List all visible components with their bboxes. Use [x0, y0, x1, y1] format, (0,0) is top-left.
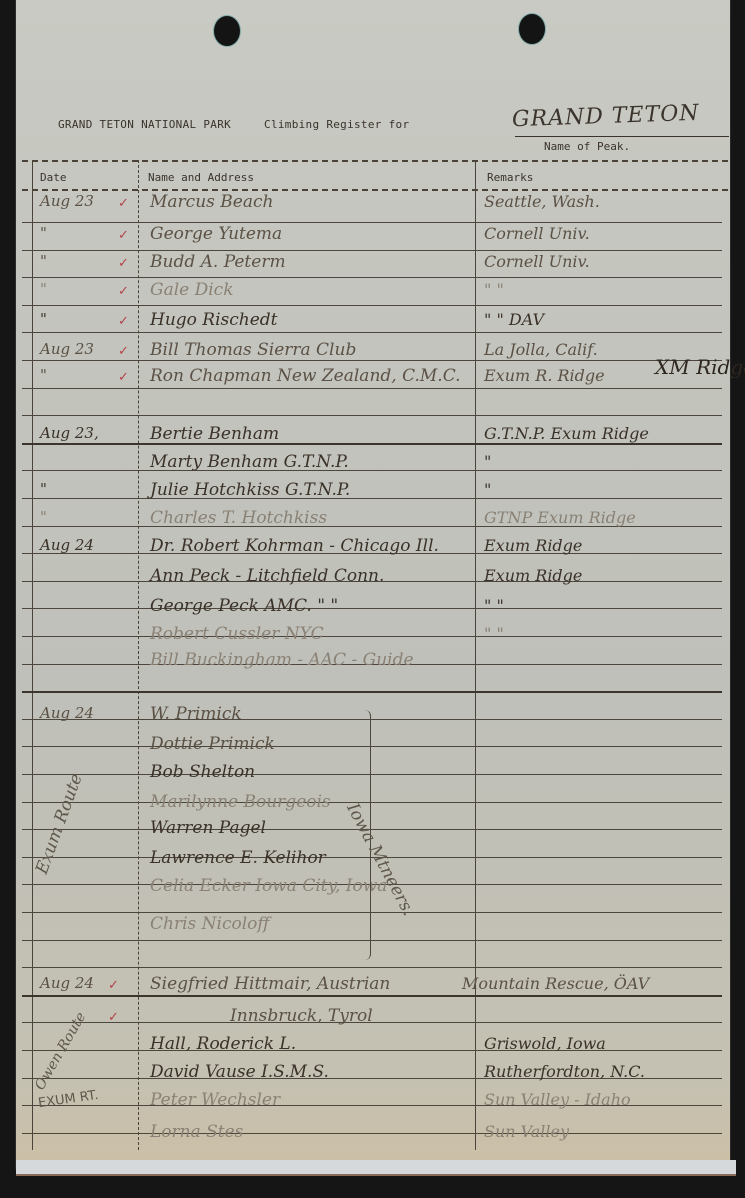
entry-name-address: Bill Thomas Sierra Club [150, 340, 356, 360]
entry-name-address: Dottie Primick [150, 734, 275, 754]
entry-name-address: Robert Cussler NYC [150, 624, 324, 644]
entry-remarks: Seattle, Wash. [484, 192, 600, 211]
entry-remarks: Cornell Univ. [484, 252, 590, 271]
entry-name-address: Bill Buckingham - AAC - Guide [150, 650, 414, 670]
park-name: GRAND TETON NATIONAL PARK [58, 118, 231, 131]
entry-remarks: Sun Valley [484, 1122, 569, 1141]
check-mark-icon: ✓ [108, 1010, 119, 1025]
entry-name-address: Celia Ecker Iowa City, Iowa [150, 876, 387, 896]
check-mark-icon: ✓ [118, 314, 129, 329]
column-divider [138, 160, 139, 1150]
entry-date: " [40, 224, 47, 242]
entry-name-address: Bob Shelton [150, 762, 255, 782]
entry-name-address: George Yutema [150, 224, 282, 244]
column-header-date: Date [40, 171, 67, 184]
ruled-line [22, 443, 722, 445]
ruled-line [22, 967, 722, 968]
entry-remarks: " " [484, 624, 504, 643]
entry-name-address: Peter Wechsler [150, 1090, 280, 1110]
ruled-line [22, 415, 722, 416]
entry-remarks: Exum Ridge [484, 566, 582, 585]
ruled-line [22, 746, 722, 747]
peak-underline [515, 136, 729, 137]
entry-remarks: Mountain Rescue, ÖAV [462, 974, 649, 993]
punch-hole-icon [519, 14, 545, 44]
entry-remarks: Griswold, Iowa [484, 1034, 606, 1053]
check-mark-icon: ✓ [118, 256, 129, 271]
entry-date: " [40, 280, 47, 298]
entry-name-address: Budd A. Peterm [150, 252, 286, 272]
entry-name-address: Innsbruck, Tyrol [230, 1006, 373, 1026]
ruled-line [22, 498, 722, 499]
check-mark-icon: ✓ [118, 228, 129, 243]
ruled-line [22, 388, 722, 389]
entry-remarks: GTNP Exum Ridge [484, 508, 636, 527]
column-divider [32, 160, 33, 1150]
check-mark-icon: ✓ [118, 196, 129, 211]
ruled-line [22, 995, 722, 997]
peak-caption: Name of Peak. [544, 140, 630, 153]
entry-name-address: Siegfried Hittmair, Austrian [150, 974, 390, 994]
entry-name-address: Lawrence E. Kelihor [150, 848, 326, 868]
entry-name-address: Lorna Stes [150, 1122, 243, 1142]
entry-remarks: La Jolla, Calif. [484, 340, 598, 359]
entry-date: " [40, 310, 47, 328]
ruled-line [22, 1133, 722, 1134]
entry-name-address: David Vause I.S.M.S. [150, 1062, 329, 1082]
entry-name-address: Julie Hotchkiss G.T.N.P. [150, 480, 350, 500]
entry-name-address: W. Primick [150, 704, 242, 724]
entry-remarks: Sun Valley - Idaho [484, 1090, 631, 1109]
entry-date: " [40, 480, 47, 498]
entry-name-address: Ann Peck - Litchfield Conn. [150, 566, 384, 586]
ruled-line [22, 719, 722, 720]
entry-date: Aug 23 [40, 192, 94, 210]
ruled-line [22, 1050, 722, 1051]
punch-hole-icon [214, 16, 240, 46]
entry-name-address: Warren Pagel [150, 818, 266, 838]
entry-remarks: " " [484, 280, 504, 299]
ruled-line [22, 332, 722, 333]
entry-name-address: Ron Chapman New Zealand, C.M.C. [150, 366, 461, 386]
entry-remarks: G.T.N.P. Exum Ridge [484, 424, 649, 443]
column-header-name: Name and Address [148, 171, 254, 184]
ruled-line [22, 774, 722, 775]
entry-name-address: Marty Benham G.T.N.P. [150, 452, 349, 472]
entry-remarks: " [484, 452, 491, 471]
entry-remarks: Exum Ridge [484, 536, 582, 555]
entry-date: " [40, 252, 47, 270]
column-header-remarks: Remarks [487, 171, 533, 184]
entry-remarks: " [484, 480, 491, 499]
entry-date: " [40, 366, 47, 384]
register-label: Climbing Register for [264, 118, 409, 131]
xm-ridge-note: XM Ridge [655, 355, 745, 379]
entry-date: Aug 23 [40, 340, 94, 358]
sheet-bottom-edge [16, 1160, 736, 1176]
ruled-line [22, 277, 722, 278]
check-mark-icon: ✓ [118, 370, 129, 385]
entry-name-address: Gale Dick [150, 280, 234, 300]
entry-date: Aug 24 [40, 536, 94, 554]
ruled-line [22, 222, 722, 223]
entry-remarks: Cornell Univ. [484, 224, 590, 243]
form-header: GRAND TETON NATIONAL PARK Climbing Regis… [58, 118, 409, 131]
ruled-line [22, 912, 722, 913]
ruled-line [22, 360, 722, 361]
entry-name-address: Dr. Robert Kohrman - Chicago Ill. [150, 536, 439, 556]
entry-name-address: Hall, Roderick L. [150, 1034, 296, 1054]
ruled-line [22, 305, 722, 306]
ruled-line [22, 470, 722, 471]
entry-date: Aug 24 [40, 974, 94, 992]
header-bottom-rule [22, 189, 728, 191]
ruled-line [22, 608, 722, 609]
ruled-line [22, 940, 722, 941]
entry-name-address: Charles T. Hotchkiss [150, 508, 327, 528]
entry-date: " [40, 508, 47, 526]
check-mark-icon: ✓ [108, 978, 119, 993]
check-mark-icon: ✓ [118, 344, 129, 359]
ruled-line [22, 802, 722, 803]
entry-date: Aug 23, [40, 424, 99, 442]
ruled-line [22, 636, 722, 637]
entry-remarks: " " [484, 596, 504, 615]
entry-remarks: Rutherfordton, N.C. [484, 1062, 645, 1081]
header-top-rule [22, 160, 728, 162]
entry-date: Aug 24 [40, 704, 94, 722]
entry-remarks: Exum R. Ridge [484, 366, 605, 385]
entry-name-address: Bertie Benham [150, 424, 279, 444]
ruled-line [22, 250, 722, 251]
column-divider [475, 160, 476, 1150]
entry-name-address: Chris Nicoloff [150, 914, 269, 934]
entry-name-address: George Peck AMC. " " [150, 596, 338, 616]
entry-name-address: Marilynne Bourgeois [150, 792, 331, 812]
entry-name-address: Marcus Beach [150, 192, 273, 212]
check-mark-icon: ✓ [118, 284, 129, 299]
entry-name-address: Hugo Rischedt [150, 310, 278, 330]
ruled-line [22, 691, 722, 693]
entry-remarks: " " DAV [484, 310, 544, 329]
